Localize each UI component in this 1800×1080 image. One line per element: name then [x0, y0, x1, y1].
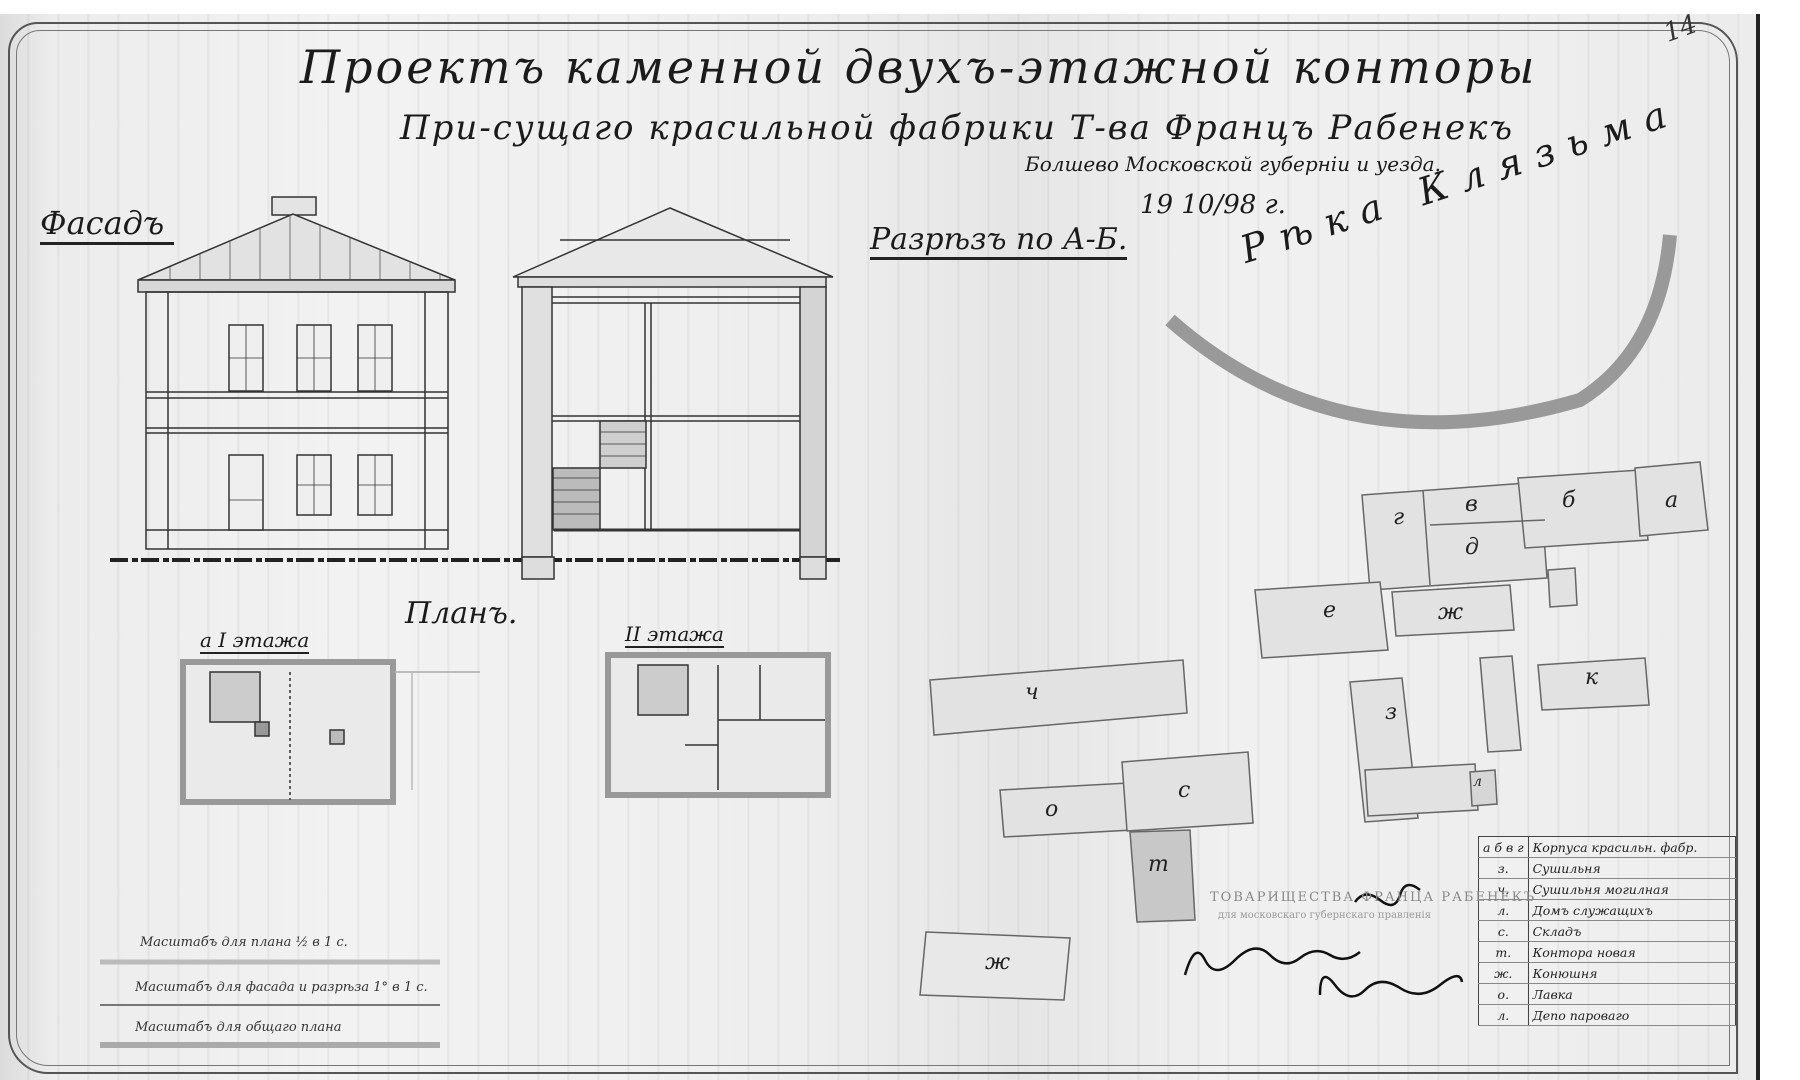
floor2-label: ІІ этажа [625, 622, 724, 648]
plan-scale-label: Масштабъ для плана ½ в 1 с. [140, 935, 348, 950]
drawing-title: Проектъ каменной двухъ-этажной конторы [300, 40, 1537, 94]
legend-row: а б в гКорпуса красильн. фабр. [1479, 837, 1736, 858]
building-letter: к [1585, 665, 1598, 690]
building-letter: а [1665, 488, 1678, 513]
building-letter: л [1473, 774, 1482, 790]
building-letter: ч [1025, 680, 1039, 705]
building-letter: с [1178, 778, 1190, 803]
building-letter: г [1393, 505, 1404, 530]
signature-1: Александръ Тихоновъ [1190, 945, 1365, 963]
facade-label: Фасадъ [40, 204, 174, 245]
building-letter: ж [985, 950, 1010, 975]
section-label: Разрѣзъ по А-Б. [870, 222, 1127, 260]
legend-row: о.Лавка [1479, 984, 1736, 1005]
building-letter: е [1323, 598, 1336, 623]
floor-plan-1 [183, 662, 480, 802]
plan-label: Планъ. [405, 596, 517, 631]
floor1-label: а І этажа [200, 628, 309, 654]
signature-2: Утвердилъ [1330, 975, 1421, 993]
section-view [513, 208, 833, 579]
facade-scale-label: Масштабъ для фасада и разрѣза 1° в 1 с. [135, 980, 428, 995]
legend-row: т.Контора новая [1479, 942, 1736, 963]
building-letter: ж [1438, 600, 1463, 625]
building-letter: в [1465, 492, 1478, 517]
building-letter: о [1045, 797, 1058, 822]
building-letter: т [1148, 852, 1169, 877]
drawing-date: 19 10/98 г. [1140, 190, 1286, 220]
floor-plan-2 [608, 655, 828, 795]
building-letter: б [1562, 488, 1575, 513]
legend-row: ж.Конюшня [1479, 963, 1736, 984]
legend-table: а б в гКорпуса красильн. фабр. з.Сушильн… [1478, 836, 1736, 1026]
drawing-location: Болшево Московской губерніи и уезда. [1025, 152, 1441, 176]
approval-stamp: ТОВАРИЩЕСТВА ФРАНЦА РАБЕНЕКЪ [1210, 890, 1536, 905]
building-letter: д [1465, 535, 1479, 560]
legend-row: с.Складъ [1479, 921, 1736, 942]
legend-row: л.Депо пароваго [1479, 1005, 1736, 1026]
legend-row: з.Сушильня [1479, 858, 1736, 879]
approval-stamp-sub: для московскаго губернскаго правленія [1218, 910, 1431, 921]
drawing-subtitle: При-сущаго красильной фабрики Т-ва Франц… [400, 108, 1514, 148]
general-scale-label: Масштабъ для общаго плана [135, 1020, 342, 1035]
building-letter: з [1385, 700, 1397, 725]
